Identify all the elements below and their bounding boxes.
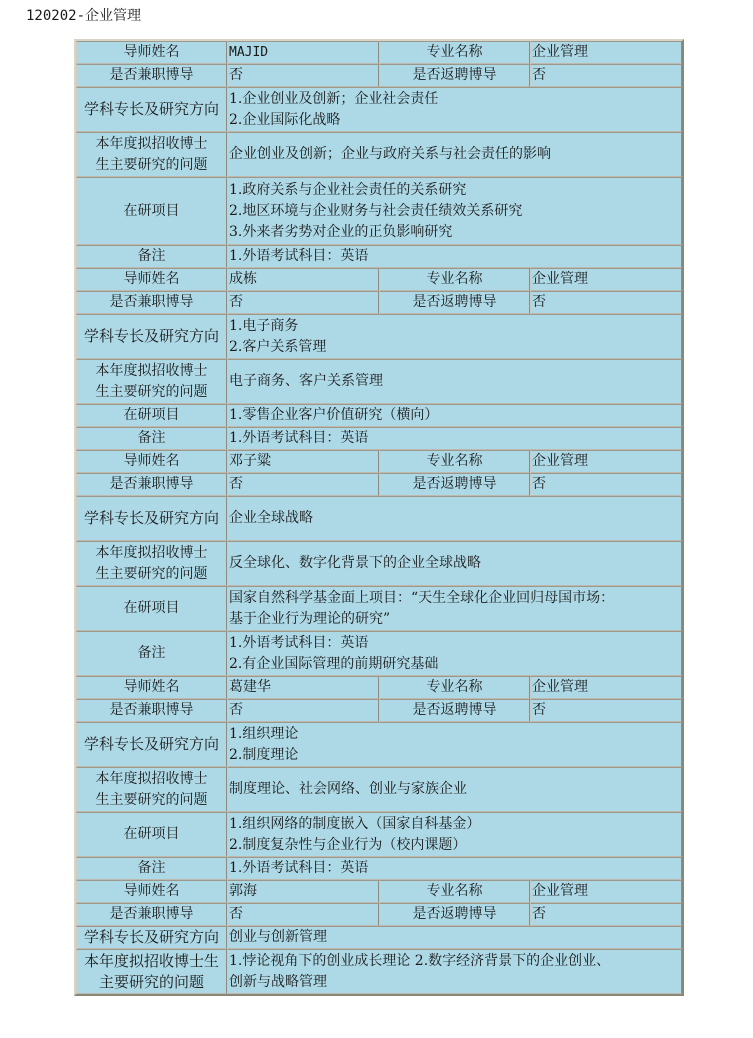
remarks-value: 1.外语考试科目：英语 [227,245,682,268]
table-row: 在研项目 1.零售企业客户价值研究（横向） [76,404,682,427]
research-questions-label: 本年度拟招收博士 生主要研究的问题 [76,767,227,812]
projects-label: 在研项目 [76,177,227,245]
part-time-label: 是否兼职博导 [76,291,227,314]
specialty-label: 学科专长及研究方向 [76,87,227,132]
research-questions-value: 企业创业及创新；企业与政府关系与社会责任的影响 [227,132,682,177]
specialty-value: 创业与创新管理 [227,926,682,949]
advisor-name-value: 葛建华 [227,676,379,699]
specialty-line: 2.企业国际化战略 [229,110,680,131]
specialty-line: 1.企业创业及创新；企业社会责任 [229,89,680,110]
project-line: 2.地区环境与企业财务与社会责任绩效关系研究 [229,201,680,222]
project-line: 国家自然科学基金面上项目：“天生全球化企业回归母国市场： [229,588,680,609]
table-row: 是否兼职博导 否 是否返聘博导 否 [76,291,682,314]
table-row: 在研项目 1.政府关系与企业社会责任的关系研究 2.地区环境与企业财务与社会责任… [76,177,682,245]
specialty-value: 1.组织理论 2.制度理论 [227,722,682,767]
advisor-name-label: 导师姓名 [76,268,227,291]
table-row: 学科专长及研究方向 1.电子商务 2.客户关系管理 [76,314,682,359]
table-row: 导师姓名 邓子粱 专业名称 企业管理 [76,450,682,473]
specialty-value: 1.电子商务 2.客户关系管理 [227,314,682,359]
table-row: 本年度拟招收博士生 主要研究的问题 1.悖论视角下的创业成长理论 2.数字经济背… [76,949,682,994]
remarks-label: 备注 [76,631,227,676]
specialty-line: 2.制度理论 [229,745,680,766]
table-row: 在研项目 1.组织网络的制度嵌入（国家自科基金） 2.制度复杂性与企业行为（校内… [76,812,682,857]
major-name-label: 专业名称 [379,450,530,473]
major-name-value: 企业管理 [530,268,682,291]
part-time-label: 是否兼职博导 [76,903,227,926]
part-time-value: 否 [227,473,379,496]
table-row: 学科专长及研究方向 企业全球战略 [76,496,682,541]
remarks-label: 备注 [76,427,227,450]
rehired-value: 否 [530,291,682,314]
projects-value: 国家自然科学基金面上项目：“天生全球化企业回归母国市场： 基于企业行为理论的研究… [227,586,682,631]
remarks-value: 1.外语考试科目：英语 [227,857,682,880]
specialty-label: 学科专长及研究方向 [76,314,227,359]
projects-value: 1.组织网络的制度嵌入（国家自科基金） 2.制度复杂性与企业行为（校内课题） [227,812,682,857]
major-name-value: 企业管理 [530,676,682,699]
page-title: 120202-企业管理 [26,6,141,26]
major-name-value: 企业管理 [530,450,682,473]
table-row: 本年度拟招收博士 生主要研究的问题 电子商务、客户关系管理 [76,359,682,404]
remarks-value: 1.外语考试科目：英语 [227,427,682,450]
label-line: 生主要研究的问题 [78,790,225,811]
remark-line: 1.外语考试科目：英语 [229,633,680,654]
label-line: 生主要研究的问题 [78,564,225,585]
research-questions-value: 1.悖论视角下的创业成长理论 2.数字经济背景下的企业创业、 创新与战略管理 [227,949,682,994]
major-name-label: 专业名称 [379,880,530,903]
advisor-table: 导师姓名 MAJID 专业名称 企业管理 是否兼职博导 否 是否返聘博导 否 学… [74,39,684,996]
projects-value: 1.零售企业客户价值研究（横向） [227,404,682,427]
rehired-label: 是否返聘博导 [379,473,530,496]
advisor-name-label: 导师姓名 [76,880,227,903]
table-row: 备注 1.外语考试科目：英语 [76,427,682,450]
project-line: 1.政府关系与企业社会责任的关系研究 [229,180,680,201]
specialty-label: 学科专长及研究方向 [76,496,227,541]
research-questions-label: 本年度拟招收博士生 主要研究的问题 [76,949,227,994]
table-row: 是否兼职博导 否 是否返聘博导 否 [76,64,682,87]
advisor-name-label: 导师姓名 [76,676,227,699]
table-row: 导师姓名 葛建华 专业名称 企业管理 [76,676,682,699]
label-line: 本年度拟招收博士 [78,134,225,155]
specialty-line: 2.客户关系管理 [229,337,680,358]
table-row: 学科专长及研究方向 创业与创新管理 [76,926,682,949]
table-row: 本年度拟招收博士 生主要研究的问题 企业创业及创新；企业与政府关系与社会责任的影… [76,132,682,177]
table-row: 备注 1.外语考试科目：英语 [76,857,682,880]
major-name-label: 专业名称 [379,268,530,291]
research-questions-value: 制度理论、社会网络、创业与家族企业 [227,767,682,812]
rehired-label: 是否返聘博导 [379,291,530,314]
major-name-value: 企业管理 [530,41,682,64]
label-line: 本年度拟招收博士 [78,543,225,564]
major-name-label: 专业名称 [379,676,530,699]
project-line: 1.组织网络的制度嵌入（国家自科基金） [229,814,680,835]
table-row: 导师姓名 MAJID 专业名称 企业管理 [76,41,682,64]
question-line: 创新与战略管理 [229,972,680,993]
advisor-name-value: 邓子粱 [227,450,379,473]
remarks-label: 备注 [76,857,227,880]
label-line: 生主要研究的问题 [78,382,225,403]
rehired-value: 否 [530,473,682,496]
specialty-line: 1.电子商务 [229,316,680,337]
advisor-name-value: 成栋 [227,268,379,291]
label-line: 生主要研究的问题 [78,155,225,176]
rehired-value: 否 [530,699,682,722]
part-time-label: 是否兼职博导 [76,699,227,722]
advisor-name-value: MAJID [227,41,379,64]
specialty-value: 1.企业创业及创新；企业社会责任 2.企业国际化战略 [227,87,682,132]
table-row: 学科专长及研究方向 1.企业创业及创新；企业社会责任 2.企业国际化战略 [76,87,682,132]
table-row: 导师姓名 成栋 专业名称 企业管理 [76,268,682,291]
research-questions-value: 电子商务、客户关系管理 [227,359,682,404]
projects-label: 在研项目 [76,404,227,427]
specialty-line: 1.组织理论 [229,724,680,745]
question-line: 1.悖论视角下的创业成长理论 2.数字经济背景下的企业创业、 [229,951,680,972]
research-questions-label: 本年度拟招收博士 生主要研究的问题 [76,132,227,177]
table-row: 在研项目 国家自然科学基金面上项目：“天生全球化企业回归母国市场： 基于企业行为… [76,586,682,631]
rehired-label: 是否返聘博导 [379,64,530,87]
part-time-label: 是否兼职博导 [76,473,227,496]
remark-line: 2.有企业国际管理的前期研究基础 [229,654,680,675]
label-line: 本年度拟招收博士 [78,361,225,382]
rehired-value: 否 [530,903,682,926]
advisor-name-label: 导师姓名 [76,450,227,473]
research-questions-value: 反全球化、数字化背景下的企业全球战略 [227,541,682,586]
label-line: 主要研究的问题 [78,972,225,993]
table-row: 是否兼职博导 否 是否返聘博导 否 [76,473,682,496]
part-time-label: 是否兼职博导 [76,64,227,87]
remarks-value: 1.外语考试科目：英语 2.有企业国际管理的前期研究基础 [227,631,682,676]
part-time-value: 否 [227,699,379,722]
major-name-value: 企业管理 [530,880,682,903]
table-row: 备注 1.外语考试科目：英语 2.有企业国际管理的前期研究基础 [76,631,682,676]
table-row: 是否兼职博导 否 是否返聘博导 否 [76,903,682,926]
part-time-value: 否 [227,64,379,87]
specialty-label: 学科专长及研究方向 [76,926,227,949]
project-line: 基于企业行为理论的研究” [229,609,680,630]
rehired-label: 是否返聘博导 [379,699,530,722]
table-row: 学科专长及研究方向 1.组织理论 2.制度理论 [76,722,682,767]
advisor-name-value: 郭海 [227,880,379,903]
project-line: 2.制度复杂性与企业行为（校内课题） [229,835,680,856]
rehired-value: 否 [530,64,682,87]
projects-label: 在研项目 [76,586,227,631]
research-questions-label: 本年度拟招收博士 生主要研究的问题 [76,359,227,404]
part-time-value: 否 [227,291,379,314]
rehired-label: 是否返聘博导 [379,903,530,926]
table-row: 是否兼职博导 否 是否返聘博导 否 [76,699,682,722]
advisor-name-label: 导师姓名 [76,41,227,64]
research-questions-label: 本年度拟招收博士 生主要研究的问题 [76,541,227,586]
label-line: 本年度拟招收博士生 [78,951,225,972]
specialty-value: 企业全球战略 [227,496,682,541]
specialty-label: 学科专长及研究方向 [76,722,227,767]
label-line: 本年度拟招收博士 [78,769,225,790]
major-name-label: 专业名称 [379,41,530,64]
table-row: 本年度拟招收博士 生主要研究的问题 制度理论、社会网络、创业与家族企业 [76,767,682,812]
projects-value: 1.政府关系与企业社会责任的关系研究 2.地区环境与企业财务与社会责任绩效关系研… [227,177,682,245]
table-row: 本年度拟招收博士 生主要研究的问题 反全球化、数字化背景下的企业全球战略 [76,541,682,586]
remarks-label: 备注 [76,245,227,268]
table-row: 备注 1.外语考试科目：英语 [76,245,682,268]
project-line: 3.外来者劣势对企业的正负影响研究 [229,222,680,243]
table-row: 导师姓名 郭海 专业名称 企业管理 [76,880,682,903]
part-time-value: 否 [227,903,379,926]
projects-label: 在研项目 [76,812,227,857]
